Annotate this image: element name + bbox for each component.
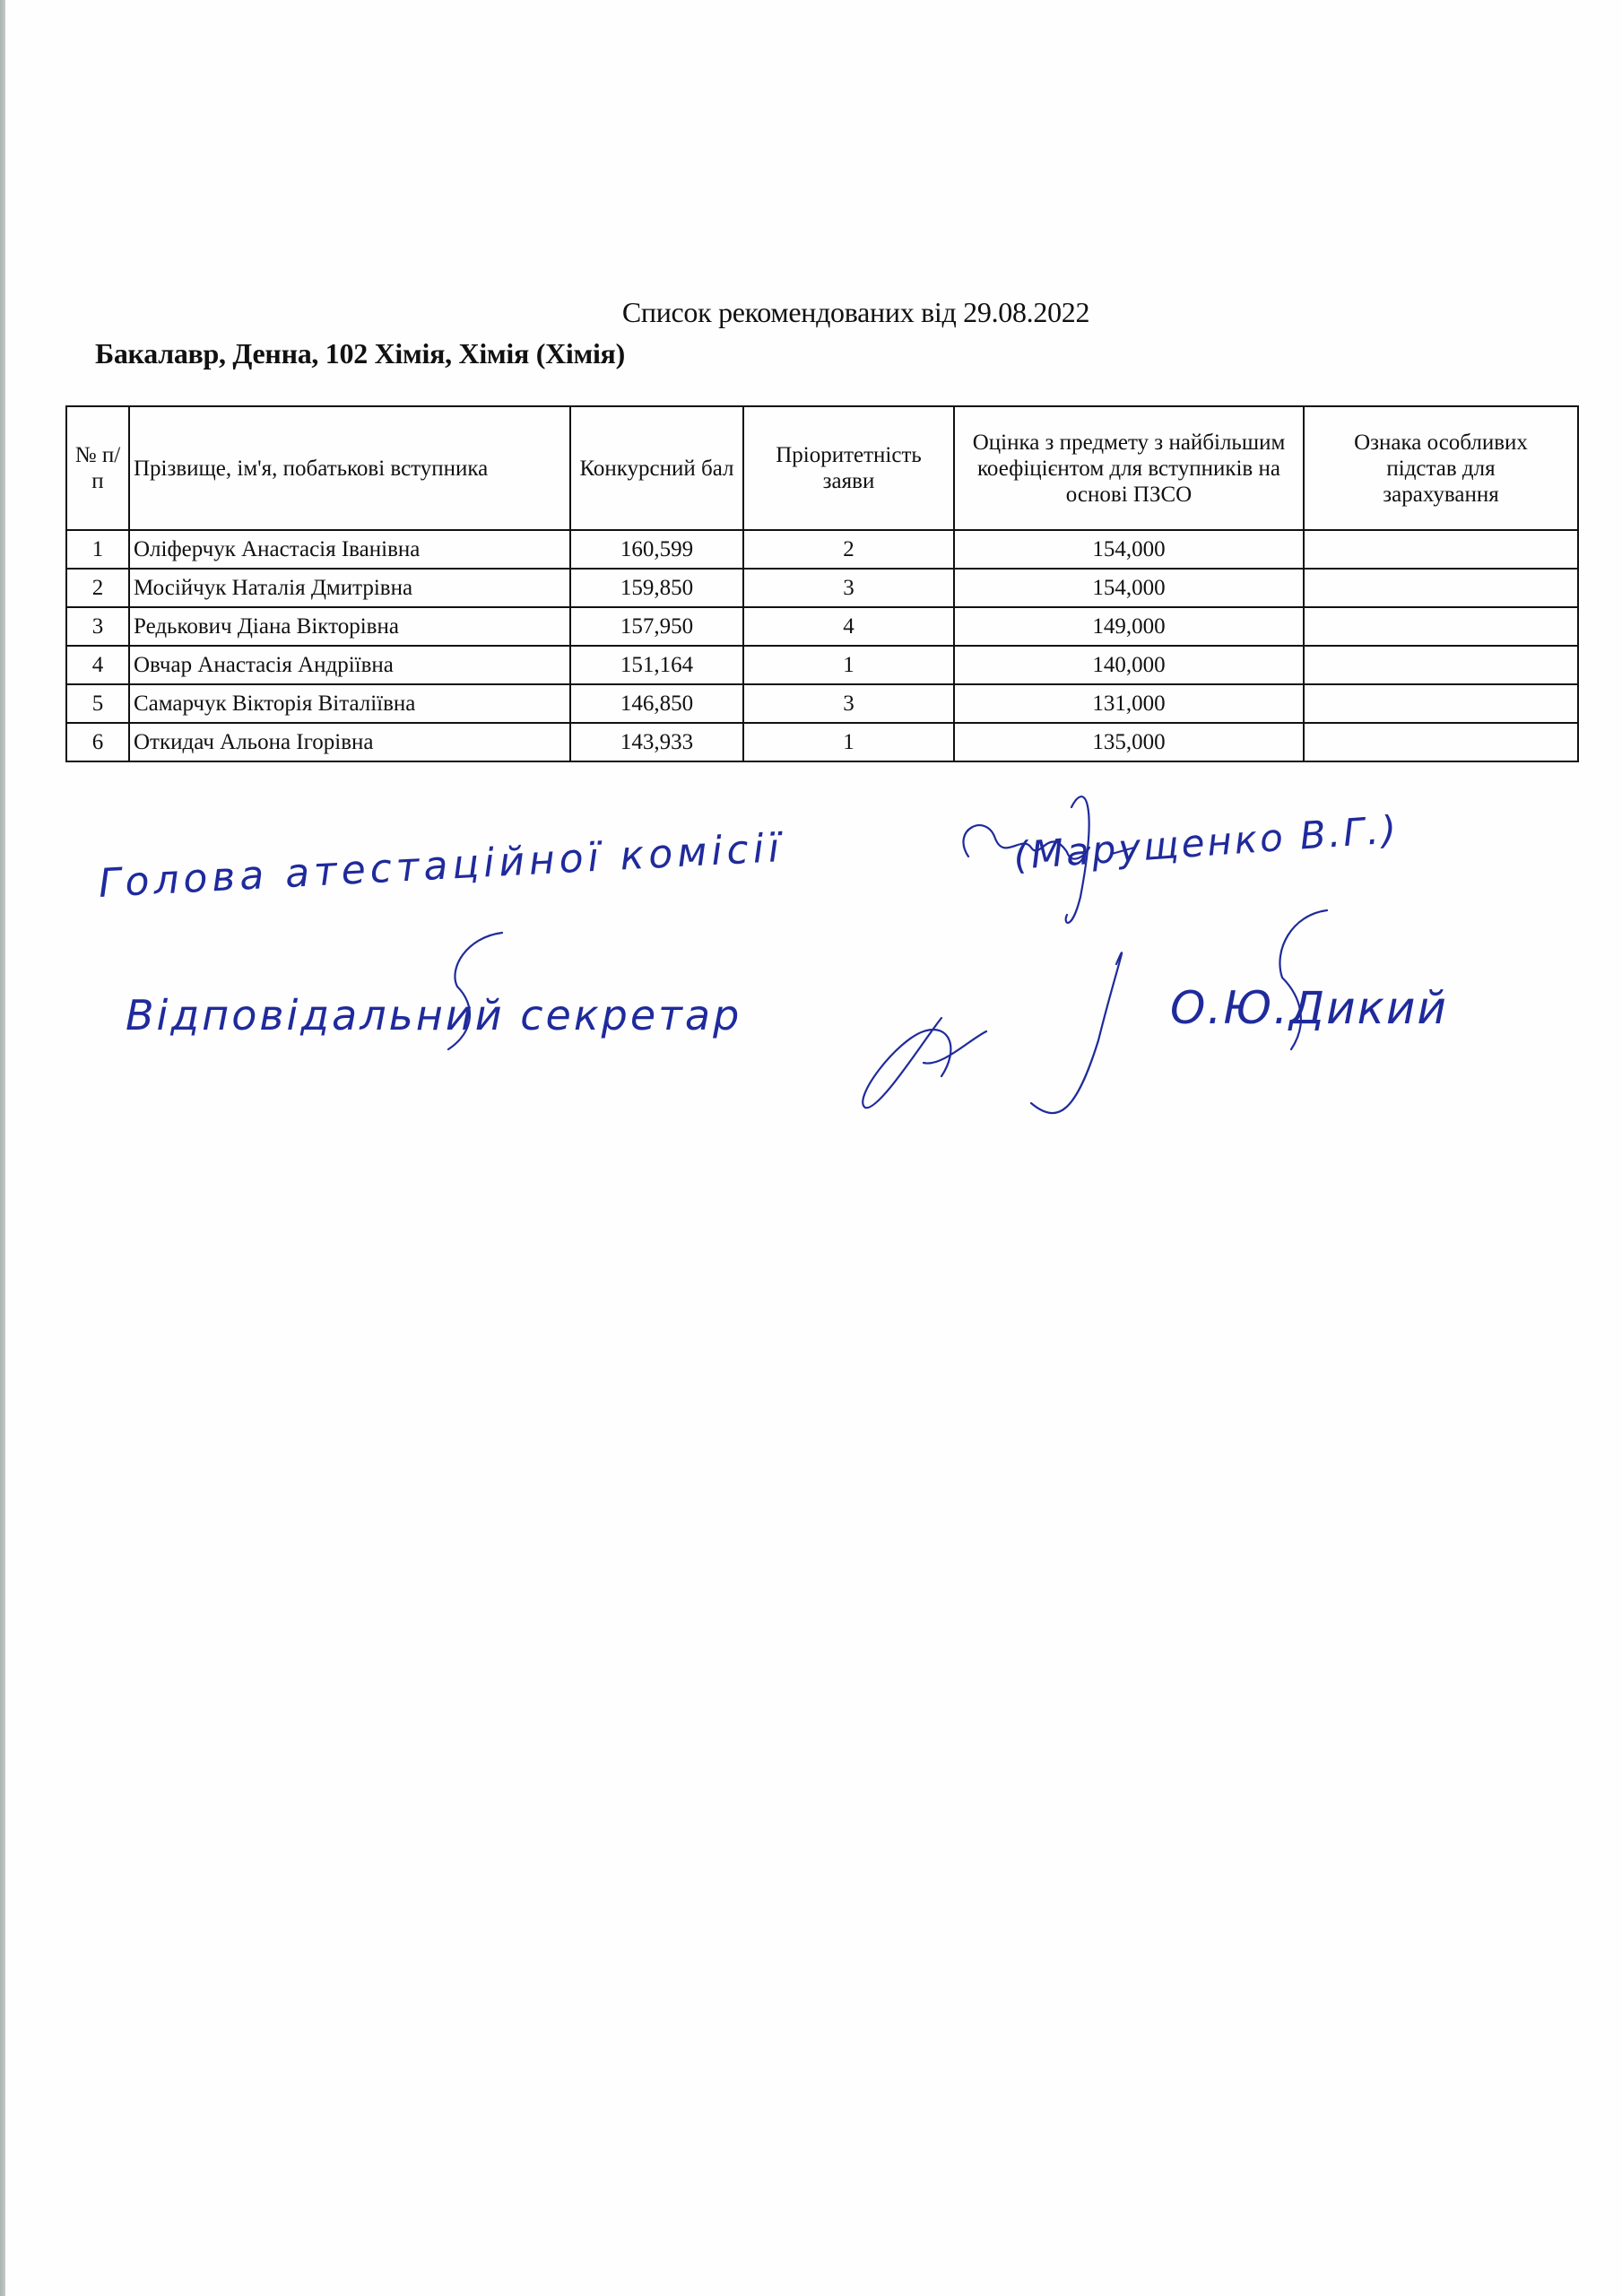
cell-subject-score: 154,000: [954, 530, 1304, 569]
cell-priority: 4: [743, 607, 954, 646]
header-subject-score: Оцінка з предмету з найбільшим коефіцієн…: [954, 406, 1304, 530]
header-name: Прізвище, ім'я, побатькові вступника: [129, 406, 570, 530]
cell-special: [1304, 607, 1578, 646]
document-title: Список рекомендованих від 29.08.2022: [0, 296, 1622, 329]
cell-name: Откидач Альона Ігорівна: [129, 723, 570, 761]
cell-score: 151,164: [570, 646, 743, 684]
secretary-name: О.Ю.Дикий: [1170, 982, 1448, 1034]
cell-priority: 3: [743, 569, 954, 607]
cell-special: [1304, 646, 1578, 684]
table-row: 4Овчар Анастасія Андріївна151,1641140,00…: [66, 646, 1578, 684]
cell-name: Редькович Діана Вікторівна: [129, 607, 570, 646]
table-row: 5Самарчук Вікторія Віталіївна146,8503131…: [66, 684, 1578, 723]
cell-score: 157,950: [570, 607, 743, 646]
cell-subject-score: 135,000: [954, 723, 1304, 761]
header-num: № п/п: [66, 406, 129, 530]
cell-subject-score: 154,000: [954, 569, 1304, 607]
cell-score: 159,850: [570, 569, 743, 607]
cell-num: 6: [66, 723, 129, 761]
secretary-label: Відповідальний секретар: [126, 991, 742, 1039]
secretary-signature-stroke: [863, 952, 1122, 1113]
table-row: 2Мосійчук Наталія Дмитрівна159,8503154,0…: [66, 569, 1578, 607]
cell-subject-score: 149,000: [954, 607, 1304, 646]
cell-num: 5: [66, 684, 129, 723]
cell-name: Самарчук Вікторія Віталіївна: [129, 684, 570, 723]
cell-score: 146,850: [570, 684, 743, 723]
cell-priority: 1: [743, 723, 954, 761]
header-priority: Пріоритетність заяви: [743, 406, 954, 530]
table-row: 6Откидач Альона Ігорівна143,9331135,000: [66, 723, 1578, 761]
cell-special: [1304, 723, 1578, 761]
cell-num: 2: [66, 569, 129, 607]
cell-priority: 1: [743, 646, 954, 684]
cell-name: Оліферчук Анастасія Іванівна: [129, 530, 570, 569]
chair-label: Голова атестаційної комісії: [98, 825, 785, 907]
cell-num: 1: [66, 530, 129, 569]
cell-subject-score: 131,000: [954, 684, 1304, 723]
cell-score: 143,933: [570, 723, 743, 761]
chair-name: (Марущенко В.Г.): [1012, 807, 1401, 878]
cell-score: 160,599: [570, 530, 743, 569]
cell-priority: 2: [743, 530, 954, 569]
cell-name: Овчар Анастасія Андріївна: [129, 646, 570, 684]
cell-num: 3: [66, 607, 129, 646]
recommended-list-table: № п/п Прізвище, ім'я, побатькові вступни…: [65, 405, 1579, 762]
cell-subject-score: 140,000: [954, 646, 1304, 684]
header-special: Ознака особливих підстав для зарахування: [1304, 406, 1578, 530]
cell-num: 4: [66, 646, 129, 684]
program-subtitle: Бакалавр, Денна, 102 Хімія, Хімія (Хімія…: [95, 337, 625, 370]
table-header-row: № п/п Прізвище, ім'я, побатькові вступни…: [66, 406, 1578, 530]
header-score: Конкурсний бал: [570, 406, 743, 530]
table-row: 1Оліферчук Анастасія Іванівна160,5992154…: [66, 530, 1578, 569]
table-row: 3Редькович Діана Вікторівна157,9504149,0…: [66, 607, 1578, 646]
cell-special: [1304, 569, 1578, 607]
cell-special: [1304, 684, 1578, 723]
cell-special: [1304, 530, 1578, 569]
scan-edge: [0, 0, 5, 2296]
cell-priority: 3: [743, 684, 954, 723]
cell-name: Мосійчук Наталія Дмитрівна: [129, 569, 570, 607]
